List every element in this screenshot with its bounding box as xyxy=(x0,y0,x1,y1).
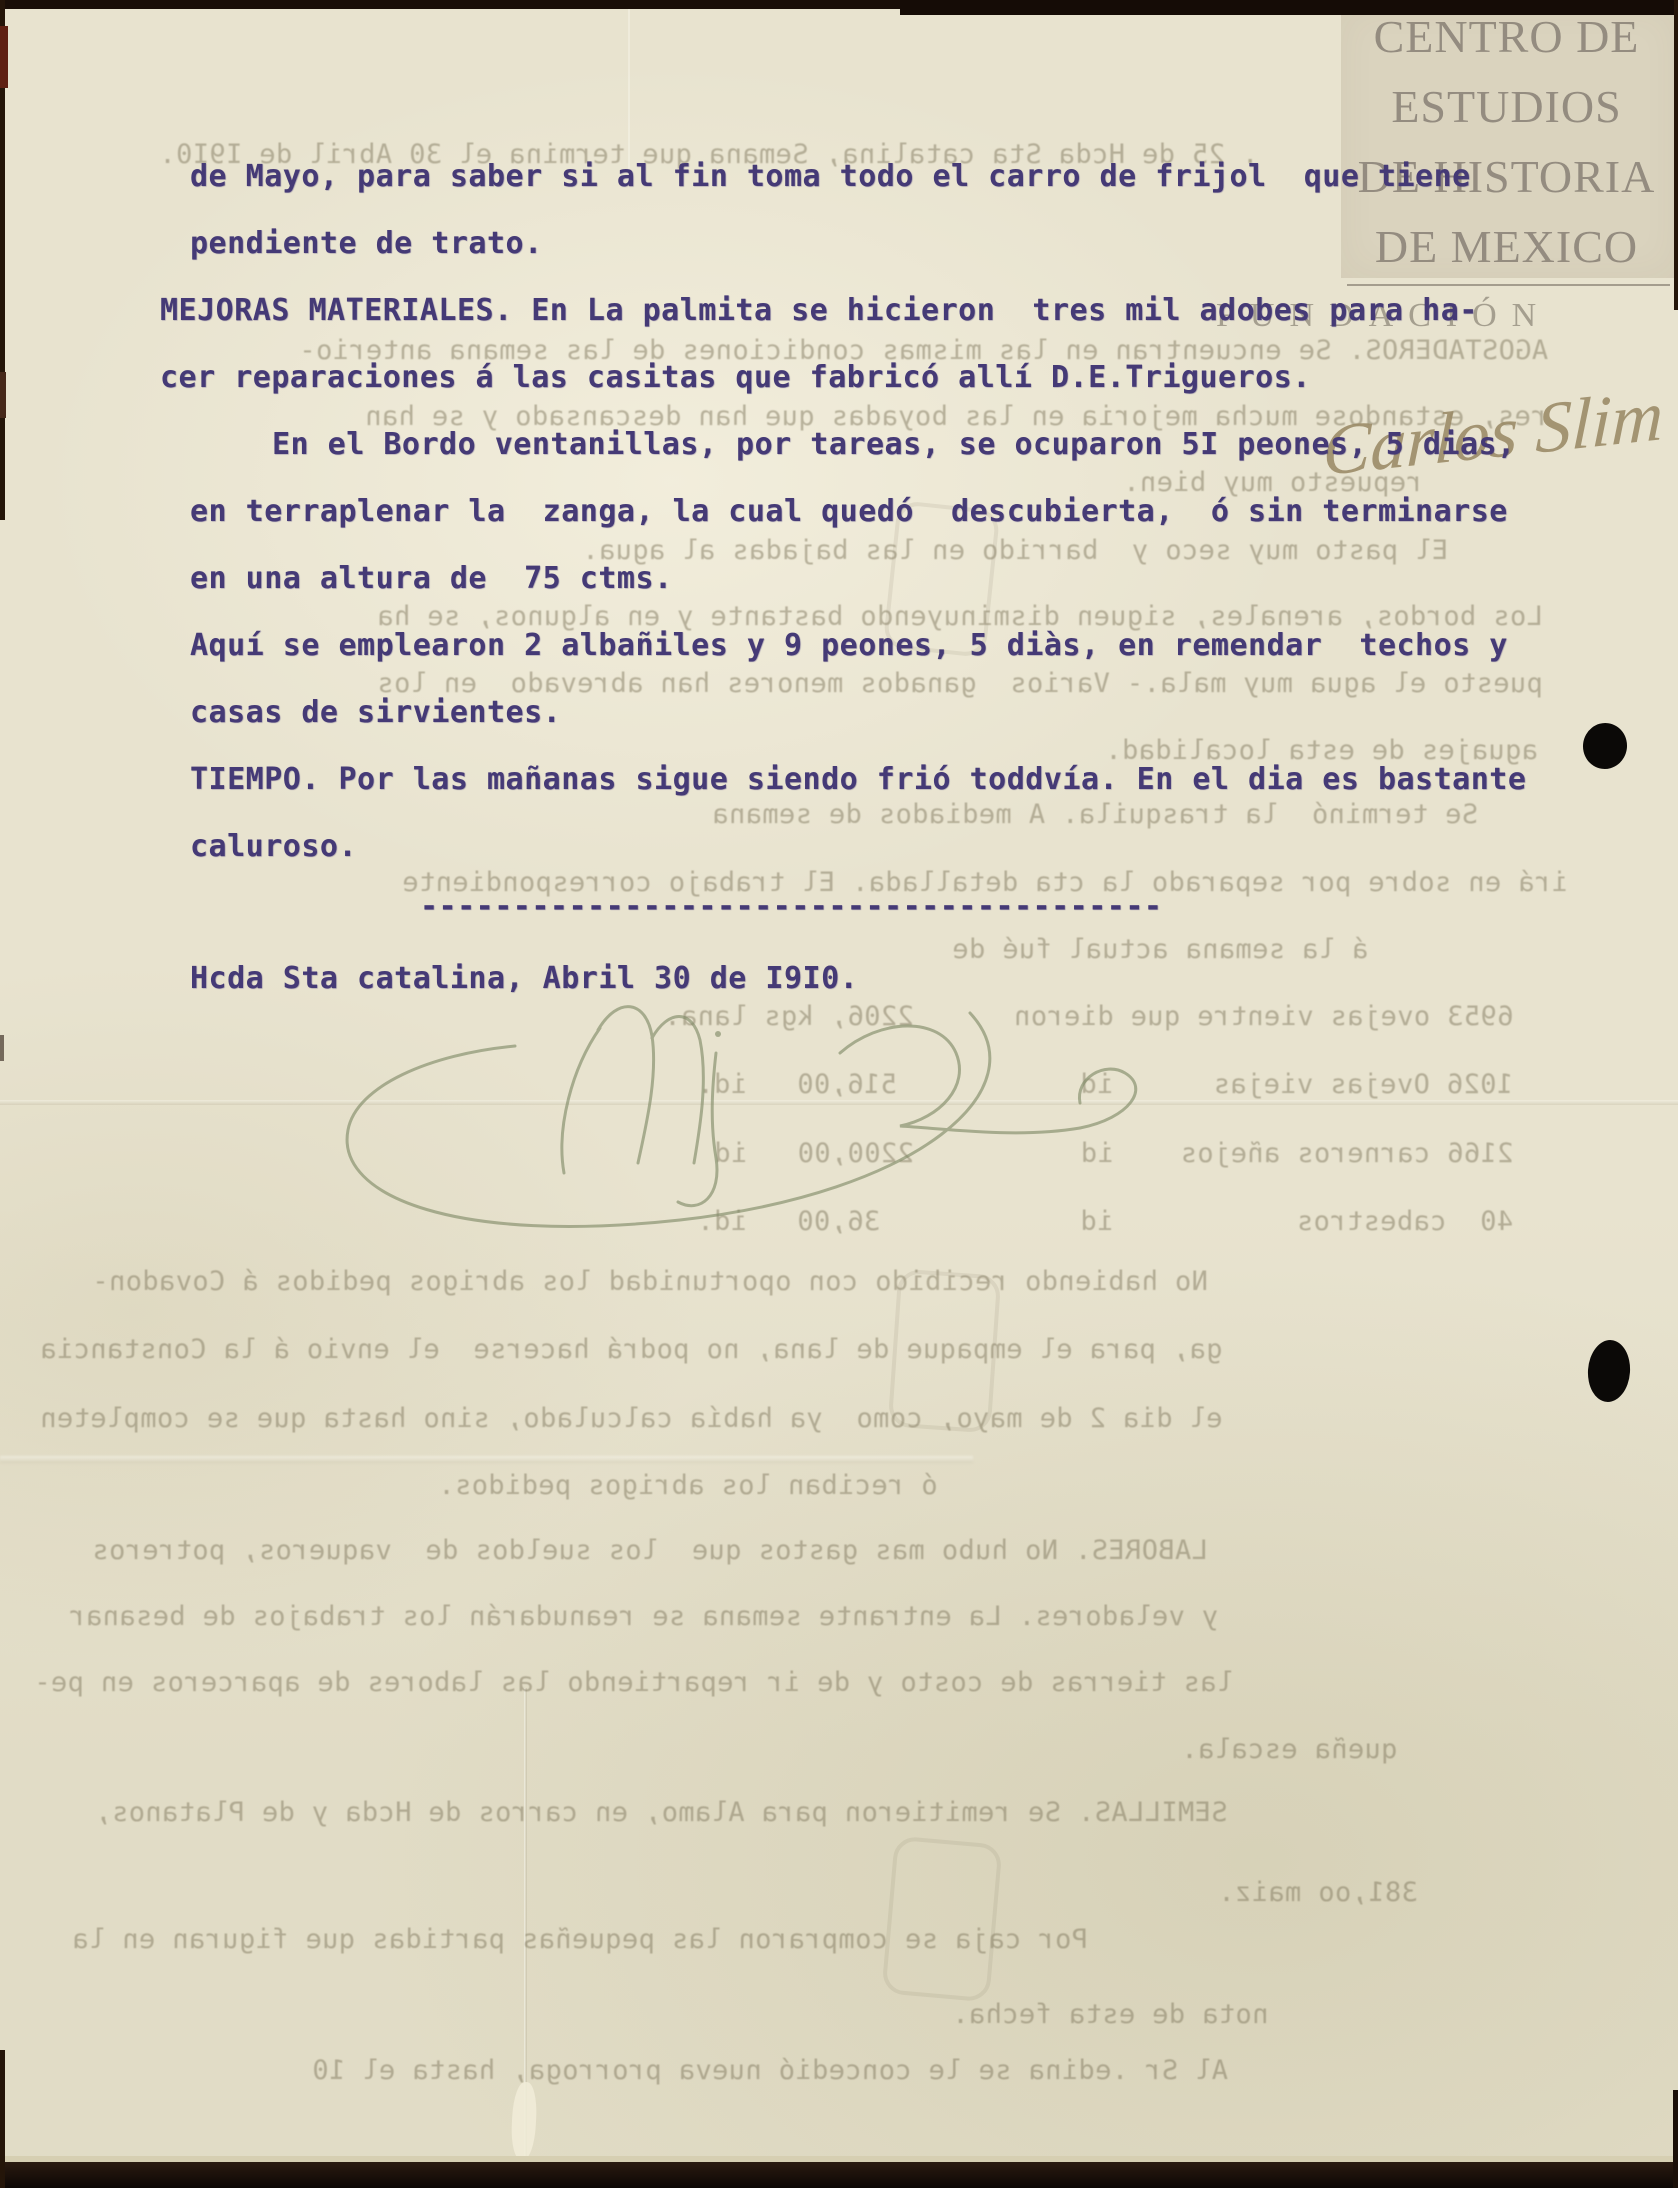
typed-line: TIEMPO. Por las mañanas sigue siendo fri… xyxy=(190,763,1526,797)
bleed-through-line: Se terminó la trasquila. A mediados de s… xyxy=(712,800,1478,830)
hole-punch-top xyxy=(1580,720,1630,772)
bleed-through-line: El pasto muy seco y barrido en las bajad… xyxy=(582,536,1448,566)
typed-line: cer reparaciones á las casitas que fabri… xyxy=(160,361,1311,395)
typed-line: Aquí se emplearon 2 albañiles y 9 peones… xyxy=(190,629,1508,663)
bleed-through-line: ga, para el empaque de lana, no podrá ha… xyxy=(40,1335,1223,1365)
scan-edge-right-lower xyxy=(1673,2090,1678,2188)
edge-dark-mark xyxy=(0,372,6,418)
ghost-stamp-mark xyxy=(881,1836,1002,2003)
scan-edge-bottom xyxy=(0,2156,1678,2188)
bleed-through-line: No habiendo recibido con oportunidad los… xyxy=(92,1267,1208,1297)
typed-line: en una altura de 75 ctms. xyxy=(190,562,673,596)
edge-red-mark xyxy=(0,26,8,88)
scan-edge-right xyxy=(1674,0,1678,310)
watermark-text: CENTRO DE xyxy=(1335,10,1678,63)
bleed-through-line: nota de esta fecha. xyxy=(952,2000,1268,2030)
bleed-through-line: las tierras de costo y de ir repartiendo… xyxy=(34,1668,1233,1698)
hole-punch-bottom xyxy=(1586,1339,1632,1404)
typed-line: pendiente de trato. xyxy=(190,227,543,261)
typed-line: En el Bordo ventanillas, por tareas, se … xyxy=(272,428,1516,462)
scan-edge-top-right xyxy=(900,0,1678,15)
watermark-text: ESTUDIOS xyxy=(1335,80,1678,133)
typed-line: caluroso. xyxy=(190,830,357,864)
bleed-through-line: Por caja se compraron las pequeñas parti… xyxy=(72,1925,1088,1955)
bleed-through-line: y veladores. La entrante semana se reanu… xyxy=(69,1602,1218,1632)
watermark-text: DE MEXICO xyxy=(1335,220,1678,273)
handwritten-signature xyxy=(280,958,1200,1268)
typed-line: casas de sirvientes. xyxy=(190,696,561,730)
typed-line: MEJORAS MATERIALES. En La palmita se hic… xyxy=(160,294,1478,328)
scan-edge-left-lower xyxy=(0,2050,5,2188)
typed-line: de Mayo, para saber si al fin toma todo … xyxy=(190,160,1471,194)
bleed-through-line: ó reciban los abrigos pedidos. xyxy=(438,1471,938,1501)
typed-line: ---------------------------------------- xyxy=(420,890,1162,924)
edge-dark-mark xyxy=(0,1035,4,1061)
typed-line: en terraplenar la zanga, la cual quedó d… xyxy=(190,495,1508,529)
bleed-through-line: LABORES. No hubo mas gastos que los suel… xyxy=(92,1536,1208,1566)
bleed-through-line: SEMILLAS. Se remitieron para Alamo, en c… xyxy=(95,1798,1228,1828)
scanned-document-page: . 25 de Hcda Sta catalina, Semana que te… xyxy=(0,0,1678,2188)
watermark-divider-line xyxy=(1347,284,1670,286)
horizontal-fold-crease xyxy=(0,1456,973,1463)
bleed-through-line: queña escala. xyxy=(1181,1735,1398,1765)
bleed-through-line: 381,oo maiz. xyxy=(1218,1878,1418,1908)
bleed-through-line: el dia 2 de mayo, como ya había calculad… xyxy=(40,1404,1223,1434)
paper-tear xyxy=(510,2081,538,2160)
bleed-through-line: Al Sr .edina se le concedió nueva prorro… xyxy=(312,2056,1228,2086)
